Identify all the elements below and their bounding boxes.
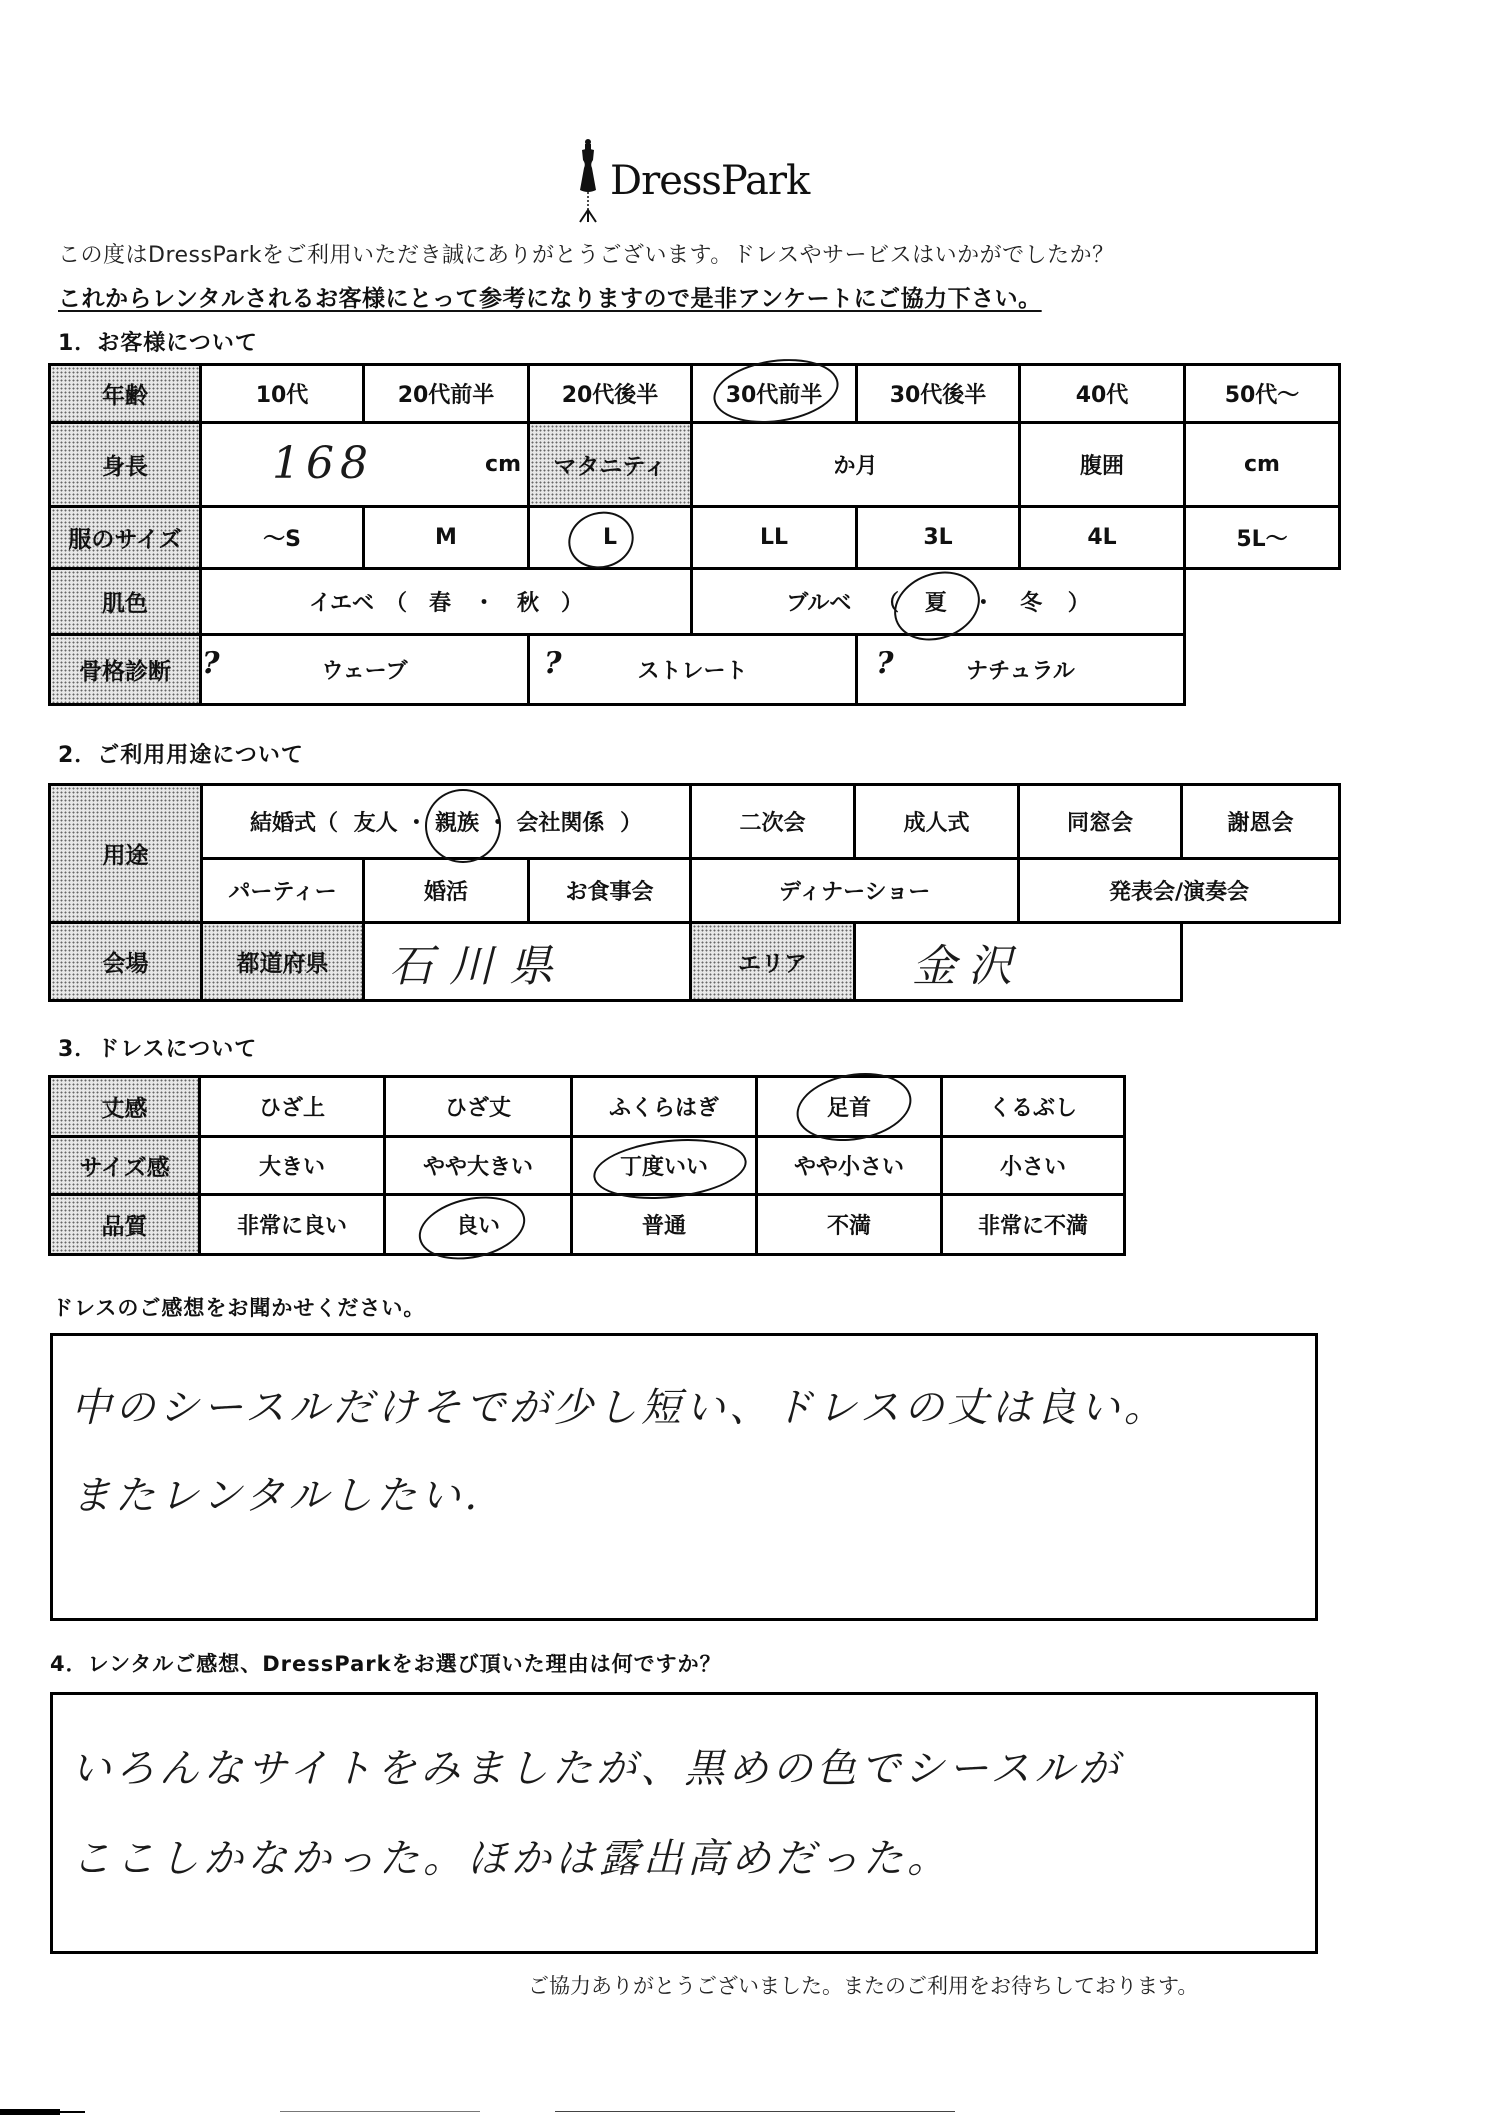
height-unit: cm xyxy=(485,452,521,477)
wedding-label: 結婚式（ xyxy=(250,811,338,836)
height-value: 168 xyxy=(272,438,374,489)
section4-heading: 4．レンタルご感想、DressParkをお選び頂いた理由は何ですか？ xyxy=(50,1648,722,1678)
purpose-option-wedding[interactable]: 結婚式（ 友人 ・ 親族 ・ 会社関係 ） xyxy=(202,785,691,859)
skeleton-option-straight[interactable]: ? ストレート xyxy=(529,635,857,705)
quality-option-unsatisfied[interactable]: 不満 xyxy=(757,1195,942,1255)
brand-logo-text: DressPark xyxy=(610,158,809,204)
maternity-label: マタニティ xyxy=(529,423,692,507)
separator-dot: ・ xyxy=(972,591,994,616)
question-mark: ? xyxy=(876,646,894,681)
skin-tone-label: 肌色 xyxy=(50,569,201,635)
age-option-early-30s-label: 30代前半 xyxy=(726,383,823,408)
purpose-option-recital[interactable]: 発表会/演奏会 xyxy=(1019,859,1340,923)
intro-request: これからレンタルされるお客様にとって参考になりますので是非アンケートにご協力下さ… xyxy=(58,280,1042,313)
blue-winter-option[interactable]: 冬 xyxy=(1020,591,1042,616)
wedding-company-option[interactable]: 会社関係 xyxy=(516,811,604,836)
section1-heading: 1．お客様について xyxy=(58,326,258,357)
age-option-early-20s[interactable]: 20代前半 xyxy=(364,365,529,423)
dress-form-icon xyxy=(574,138,602,224)
purpose-option-konkatsu[interactable]: 婚活 xyxy=(364,859,529,923)
venue-label: 会場 xyxy=(50,923,202,1001)
customer-info-table: 年齢 10代 20代前半 20代後半 30代前半 30代後半 40代 50代～ … xyxy=(48,363,1341,706)
separator-dot: ・ xyxy=(405,811,427,836)
length-option-above-knee[interactable]: ひざ上 xyxy=(200,1077,385,1137)
fit-label: サイズ感 xyxy=(50,1137,200,1195)
size-option-s[interactable]: ～S xyxy=(201,507,364,569)
purpose-option-dinner[interactable]: お食事会 xyxy=(529,859,691,923)
wedding-family-label: 親族 xyxy=(435,811,479,836)
selection-circle xyxy=(562,504,640,575)
separator-dot: ・ xyxy=(487,811,509,836)
paren-close: ） xyxy=(1068,591,1090,616)
purpose-option-after-party[interactable]: 二次会 xyxy=(691,785,855,859)
area-label: エリア xyxy=(691,923,855,1001)
dress-feedback-table: 丈感 ひざ上 ひざ丈 ふくらはぎ 足首 くるぶし サイズ感 大きい やや大きい … xyxy=(48,1075,1126,1256)
empty-cell xyxy=(1185,569,1340,635)
length-option-ankle-bone[interactable]: くるぶし xyxy=(942,1077,1125,1137)
size-option-4l[interactable]: 4L xyxy=(1020,507,1185,569)
dress-comment-box[interactable]: 中のシースルだけそでが少し短い、ドレスの丈は良い。 またレンタルしたい. xyxy=(50,1333,1318,1621)
prefecture-value: 石川県 xyxy=(389,941,569,992)
age-option-late-20s[interactable]: 20代後半 xyxy=(529,365,692,423)
dress-comment-line-1: 中のシースルだけそでが少し短い、ドレスの丈は良い。 xyxy=(71,1376,1168,1433)
scan-artifact xyxy=(555,2111,955,2112)
quality-option-very-unsatisfied[interactable]: 非常に不満 xyxy=(942,1195,1125,1255)
dress-comment-line-2: またレンタルしたい. xyxy=(71,1464,481,1521)
size-label: 服のサイズ xyxy=(50,507,201,569)
size-option-3l[interactable]: 3L xyxy=(857,507,1020,569)
size-option-l[interactable]: L xyxy=(529,507,692,569)
question-mark: ? xyxy=(544,646,562,681)
paren-close: ） xyxy=(620,811,642,836)
question-mark: ? xyxy=(202,646,220,681)
blue-summer-label: 夏 xyxy=(925,591,947,616)
footer-thanks: ご協力ありがとうございました。またのご利用をお待ちしております。 xyxy=(528,1970,1198,2000)
waist-label: 腹囲 xyxy=(1020,423,1185,507)
fit-option-small[interactable]: 小さい xyxy=(942,1137,1125,1195)
age-option-10s[interactable]: 10代 xyxy=(201,365,364,423)
age-option-late-30s[interactable]: 30代後半 xyxy=(857,365,1020,423)
fit-option-large[interactable]: 大きい xyxy=(200,1137,385,1195)
purpose-option-party[interactable]: パーティー xyxy=(202,859,364,923)
purpose-option-thank-you-party[interactable]: 謝恩会 xyxy=(1182,785,1340,859)
fit-option-just-right[interactable]: 丁度いい xyxy=(572,1137,757,1195)
reason-answer-line-2: ここしかなかった。ほかは露出高めだった。 xyxy=(71,1827,951,1884)
skeleton-wave-label: ウェーブ xyxy=(321,659,407,684)
age-option-50s-plus[interactable]: 50代～ xyxy=(1185,365,1340,423)
scan-artifact xyxy=(60,2111,85,2113)
height-field[interactable]: 168 cm xyxy=(201,423,529,507)
wedding-family-option[interactable]: 親族 xyxy=(435,811,487,836)
blue-summer-option[interactable]: 夏 xyxy=(925,591,955,616)
length-option-ankle[interactable]: 足首 xyxy=(757,1077,942,1137)
size-option-m[interactable]: M xyxy=(364,507,529,569)
height-label: 身長 xyxy=(50,423,201,507)
skin-yellow-base-option[interactable]: イエベ （ 春 ・ 秋 ） xyxy=(201,569,692,635)
fit-option-slightly-small[interactable]: やや小さい xyxy=(757,1137,942,1195)
length-option-calf[interactable]: ふくらはぎ xyxy=(572,1077,757,1137)
section2-heading: 2．ご利用用途について xyxy=(58,738,304,769)
reason-answer-line-1: いろんなサイトをみましたが、黒めの色でシースルが xyxy=(71,1737,1122,1794)
quality-option-good-label: 良い xyxy=(456,1214,500,1239)
usage-table: 用途 結婚式（ 友人 ・ 親族 ・ 会社関係 ） 二次会 成人式 同窓会 謝恩会… xyxy=(48,783,1341,1002)
maternity-months-field[interactable]: か月 xyxy=(692,423,1020,507)
skin-blue-base-option[interactable]: ブルベ （ 夏 ・ 冬 ） xyxy=(692,569,1185,635)
age-label: 年齢 xyxy=(50,365,201,423)
length-option-ankle-label: 足首 xyxy=(827,1096,871,1121)
skeleton-straight-label: ストレート xyxy=(637,659,747,684)
prefecture-label: 都道府県 xyxy=(202,923,364,1001)
quality-option-very-good[interactable]: 非常に良い xyxy=(200,1195,385,1255)
empty-cell xyxy=(1185,635,1340,705)
quality-option-good[interactable]: 良い xyxy=(385,1195,572,1255)
purpose-label: 用途 xyxy=(50,785,202,923)
quality-option-average[interactable]: 普通 xyxy=(572,1195,757,1255)
skeleton-label: 骨格診断 xyxy=(50,635,201,705)
length-option-knee[interactable]: ひざ丈 xyxy=(385,1077,572,1137)
empty-cell xyxy=(1182,923,1340,1001)
skeleton-natural-label: ナチュラル xyxy=(966,659,1075,684)
dress-comment-prompt: ドレスのご感想をお聞かせください。 xyxy=(52,1292,425,1322)
length-label: 丈感 xyxy=(50,1077,200,1137)
age-option-early-30s[interactable]: 30代前半 xyxy=(692,365,857,423)
size-option-l-label: L xyxy=(603,525,617,550)
area-value: 金沢 xyxy=(912,941,1024,992)
size-option-ll[interactable]: LL xyxy=(692,507,857,569)
scan-artifact xyxy=(280,2111,480,2112)
purpose-option-reunion[interactable]: 同窓会 xyxy=(1019,785,1182,859)
waist-field[interactable]: cm xyxy=(1185,423,1340,507)
area-field[interactable]: 金沢 xyxy=(855,923,1182,1001)
quality-label: 品質 xyxy=(50,1195,200,1255)
skeleton-option-wave[interactable]: ? ウェーブ xyxy=(201,635,529,705)
skeleton-option-natural[interactable]: ? ナチュラル xyxy=(857,635,1185,705)
paren-open: （ xyxy=(877,591,899,616)
wedding-friend-option[interactable]: 友人 xyxy=(354,811,398,836)
age-option-40s[interactable]: 40代 xyxy=(1020,365,1185,423)
scan-artifact xyxy=(0,2109,60,2115)
size-option-5l-plus[interactable]: 5L～ xyxy=(1185,507,1340,569)
purpose-option-coming-of-age[interactable]: 成人式 xyxy=(855,785,1019,859)
fit-option-slightly-large[interactable]: やや大きい xyxy=(385,1137,572,1195)
intro-text: この度はDressParkをご利用いただき誠にありがとうございます。ドレスやサー… xyxy=(58,238,1115,269)
fit-option-just-right-label: 丁度いい xyxy=(620,1155,708,1180)
reason-answer-box[interactable]: いろんなサイトをみましたが、黒めの色でシースルが ここしかなかった。ほかは露出高… xyxy=(50,1692,1318,1954)
blue-base-label: ブルベ xyxy=(786,591,851,616)
purpose-option-dinner-show[interactable]: ディナーショー xyxy=(691,859,1019,923)
prefecture-field[interactable]: 石川県 xyxy=(364,923,691,1001)
section3-heading: 3．ドレスについて xyxy=(58,1032,257,1063)
